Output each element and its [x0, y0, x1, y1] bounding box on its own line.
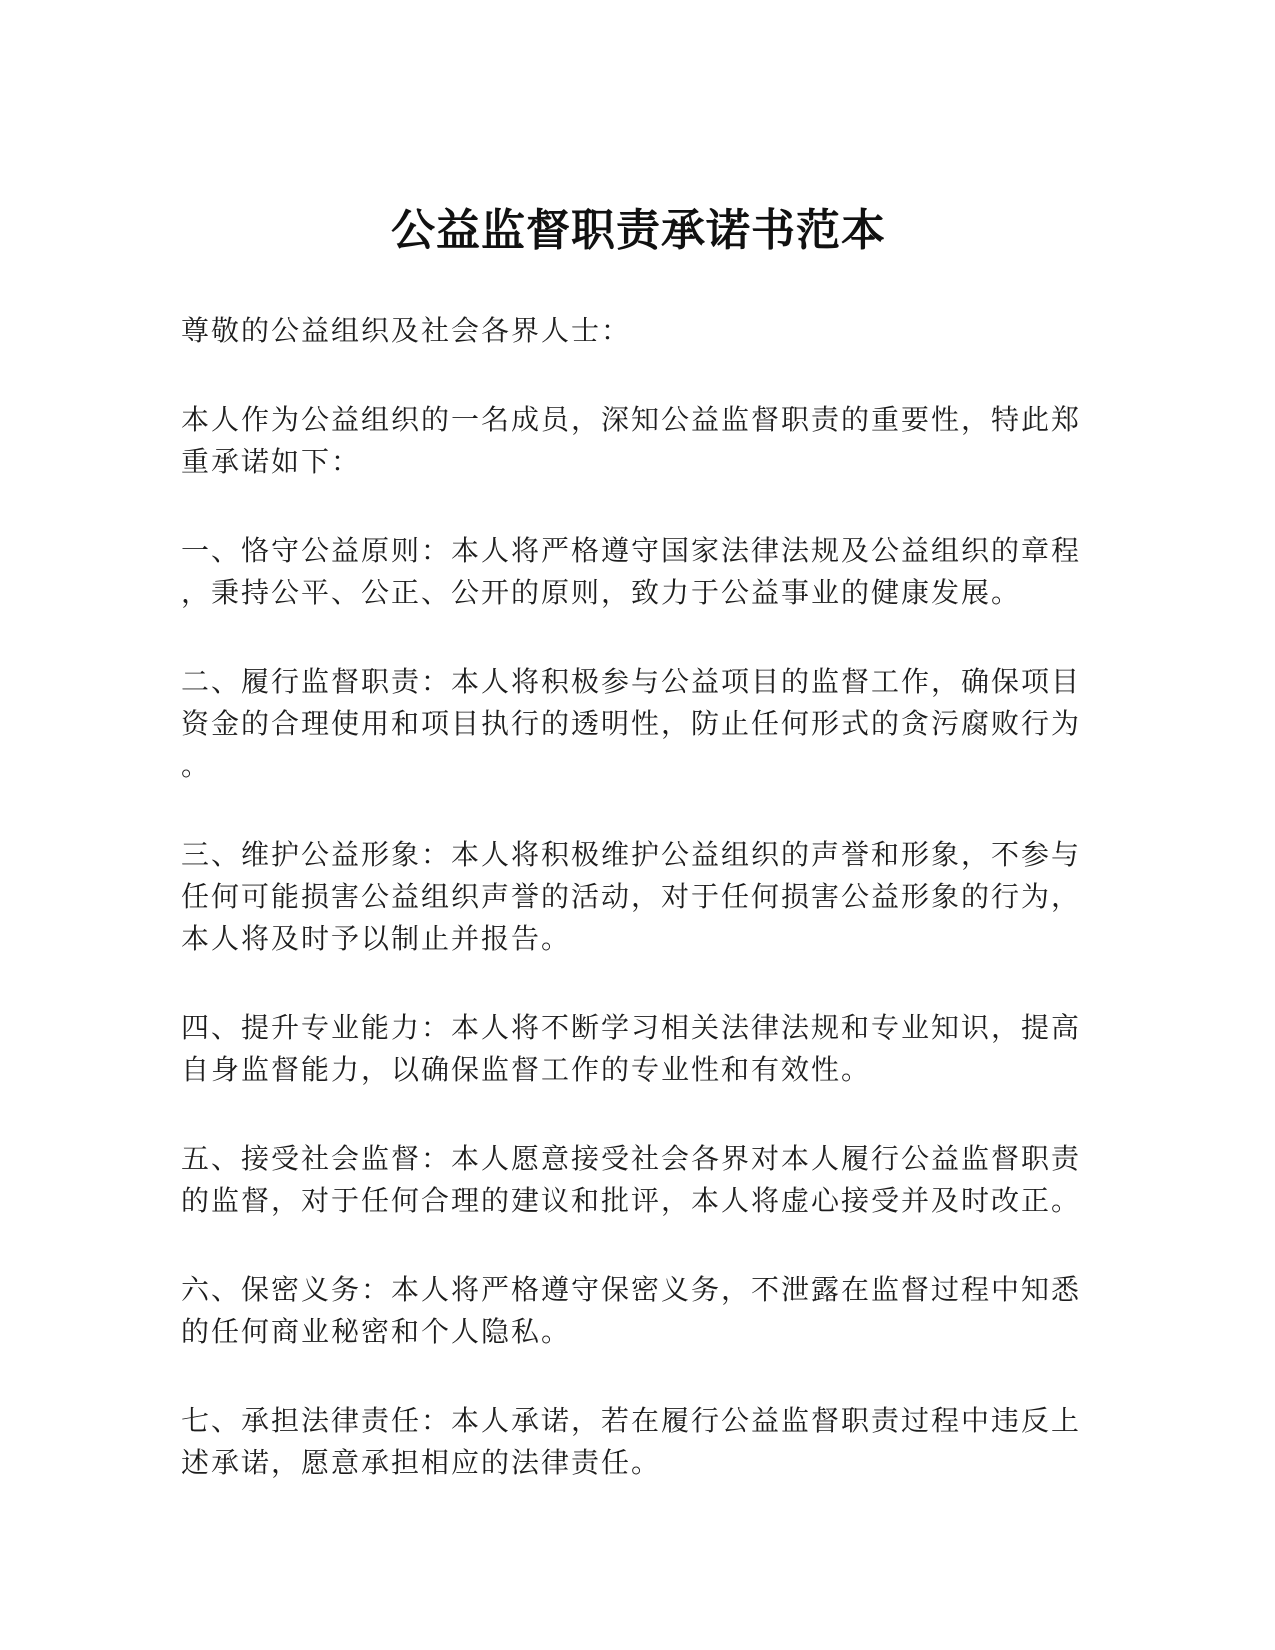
clause-7: 七、承担法律责任：本人承诺，若在履行公益监督职责过程中违反上述承诺，愿意承担相应… — [181, 1401, 1096, 1485]
clause-4: 四、提升专业能力：本人将不断学习相关法律法规和专业知识，提高自身监督能力，以确保… — [181, 1008, 1096, 1092]
document-content: 公益监督职责承诺书范本 尊敬的公益组织及社会各界人士： 本人作为公益组织的一名成… — [181, 201, 1096, 1485]
clause-6: 六、保密义务：本人将严格遵守保密义务，不泄露在监督过程中知悉的任何商业秘密和个人… — [181, 1270, 1096, 1354]
clause-3: 三、维护公益形象：本人将积极维护公益组织的声誉和形象，不参与任何可能损害公益组织… — [181, 835, 1096, 961]
clause-1: 一、恪守公益原则：本人将严格遵守国家法律法规及公益组织的章程，秉持公平、公正、公… — [181, 531, 1096, 615]
clause-2: 二、履行监督职责：本人将积极参与公益项目的监督工作，确保项目资金的合理使用和项目… — [181, 662, 1096, 788]
clause-5: 五、接受社会监督：本人愿意接受社会各界对本人履行公益监督职责的监督，对于任何合理… — [181, 1139, 1096, 1223]
document-title: 公益监督职责承诺书范本 — [181, 201, 1096, 261]
intro-paragraph: 本人作为公益组织的一名成员，深知公益监督职责的重要性，特此郑重承诺如下： — [181, 400, 1096, 484]
document-page: 公益监督职责承诺书范本 尊敬的公益组织及社会各界人士： 本人作为公益组织的一名成… — [0, 0, 1275, 1650]
salutation-line: 尊敬的公益组织及社会各界人士： — [181, 311, 1096, 353]
